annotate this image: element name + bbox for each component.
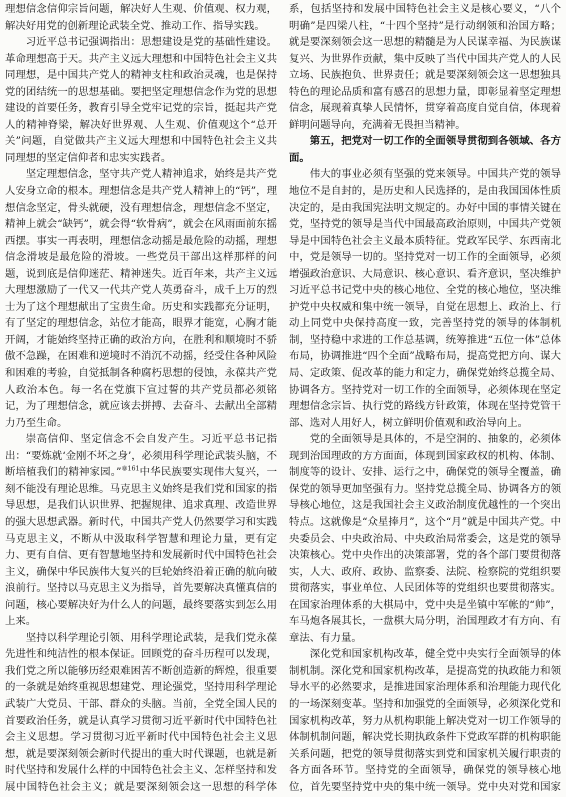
paragraph-continuation: 理想信念信仰宗旨问题，解决好人生观、价值观、权力观，解决好用党的创新理论武装全党… bbox=[5, 1, 277, 34]
paragraph: 习近平总书记强调指出：思想建设是党的基础性建设。革命理想高于天。共产主义远大理想… bbox=[5, 34, 277, 166]
footnote-reference: ⑧161 bbox=[121, 466, 139, 473]
book-page: 理想信念信仰宗旨问题，解决好人生观、价值观、权力观，解决好用党的创新理论武装全党… bbox=[0, 0, 566, 797]
section-heading-paragraph: 第五，把党对一切工作的全面领导贯彻到各领域、各方面。 bbox=[289, 133, 561, 166]
two-column-text-flow: 理想信念信仰宗旨问题，解决好人生观、价值观、权力观，解决好用党的创新理论武装全党… bbox=[5, 1, 561, 797]
paragraph: 伟大的事业必须有坚强的党来领导。中国共产党的领导地位不是自封的，是历史和人民选择… bbox=[289, 166, 561, 431]
paragraph-with-citation: 崇高信仰、坚定信念不会自发产生。习近平总书记指出：“要炼就‘金刚不坏之身’，必须… bbox=[5, 431, 277, 630]
paragraph-text: 中华民族要实现伟大复兴，一刻不能没有理论思维。马克思主义始终是我们党和国家的指导… bbox=[5, 466, 277, 627]
paragraph: 坚定理想信念，坚守共产党人精神追求，始终是共产党人安身立命的根本。理想信念是共产… bbox=[5, 166, 277, 431]
paragraph: 党的全面领导是具体的，不是空洞的、抽象的，必须体现到治国理政的方方面面，体现到国… bbox=[289, 431, 561, 646]
